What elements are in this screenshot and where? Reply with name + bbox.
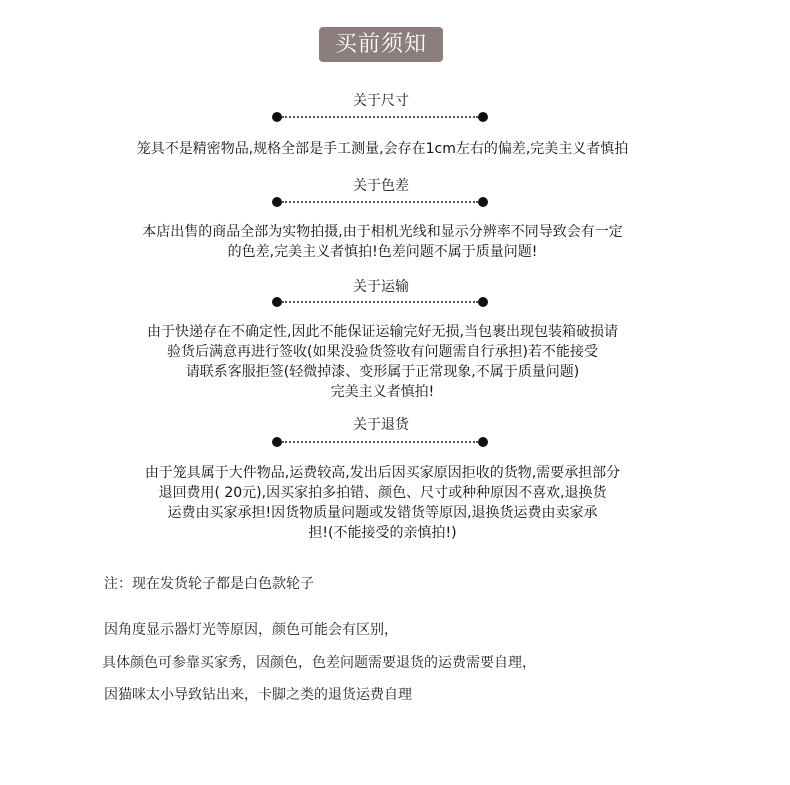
dot-icon bbox=[478, 112, 488, 122]
dot-icon bbox=[478, 437, 488, 447]
section-heading-size: 关于尺寸 bbox=[0, 92, 762, 110]
dotted-line bbox=[282, 441, 478, 443]
section-body-color: 本店出售的商品全部为实物拍摄,由于相机光线和显示分辨率不同导致会有一定 的色差,… bbox=[95, 222, 670, 262]
note-buyer-photos: 具体颜色可参靠买家秀，因颜色，色差问题需要退货的运费需要自理， bbox=[102, 654, 536, 672]
dotted-line bbox=[282, 201, 478, 203]
page-title: 买前须知 bbox=[319, 27, 443, 62]
dotted-line bbox=[282, 301, 478, 303]
section-body-returns: 由于笼具属于大件物品,运费较高,发出后因买家原因拒收的货物,需要承担部分 退回费… bbox=[95, 463, 670, 543]
section-divider bbox=[272, 297, 488, 307]
dot-icon bbox=[478, 197, 488, 207]
note-kitten-escape: 因猫咪太小导致钻出来，卡脚之类的退货运费自理 bbox=[104, 686, 412, 704]
section-divider bbox=[272, 437, 488, 447]
dot-icon bbox=[272, 197, 282, 207]
section-heading-returns: 关于退货 bbox=[0, 416, 762, 434]
section-body-size: 笼具不是精密物品,规格全部是手工测量,会存在1cm左右的偏差,完美主义者慎拍 bbox=[90, 139, 675, 159]
section-body-shipping: 由于快递存在不确定性,因此不能保证运输完好无损,当包裹出现包装箱破损请 验货后满… bbox=[95, 322, 670, 402]
section-heading-color: 关于色差 bbox=[0, 177, 762, 195]
section-heading-shipping: 关于运输 bbox=[0, 278, 762, 296]
dotted-line bbox=[282, 116, 478, 118]
dot-icon bbox=[272, 112, 282, 122]
dot-icon bbox=[478, 297, 488, 307]
note-color-variance: 因角度显示器灯光等原因，颜色可能会有区别， bbox=[104, 621, 398, 639]
dot-icon bbox=[272, 297, 282, 307]
note-wheels: 注：现在发货轮子都是白色款轮子 bbox=[104, 575, 314, 593]
section-divider bbox=[272, 197, 488, 207]
dot-icon bbox=[272, 437, 282, 447]
section-divider bbox=[272, 112, 488, 122]
